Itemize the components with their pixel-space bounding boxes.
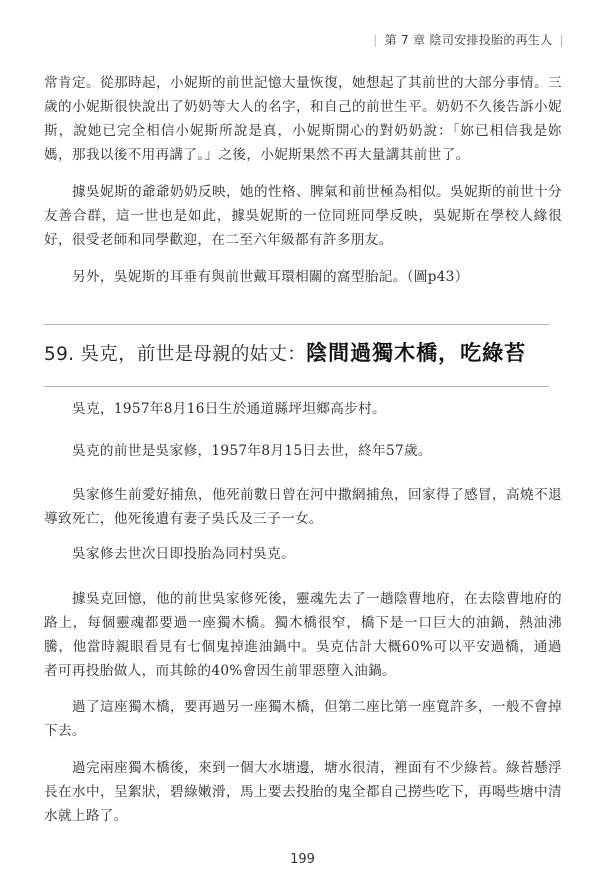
section-divider-bottom [44,386,549,387]
section-heading: 59. 吳克，前世是母親的姑丈：陰間過獨木橋，吃綠苔 [44,337,526,367]
paragraph: 吳克，1957年8月16日生於通道縣坪坦鄉高步村。 [44,397,562,421]
paragraph: 吳家修去世次日即投胎為同村吳克。 [44,542,562,566]
header-divider-left: | [373,33,377,47]
paragraph: 過了這座獨木橋，要再過另一座獨木橋，但第二座比第一座寬許多，一般不會掉下去。 [44,695,562,743]
paragraph: 據吳妮斯的爺爺奶奶反映，她的性格、脾氣和前世極為相似。吳妮斯的前世十分友善合群，… [44,180,562,252]
section-number-title: 59. 吳克，前世是母親的姑丈： [44,344,306,365]
paragraph: 過完兩座獨木橋後，來到一個大水塘邊，塘水很清，裡面有不少綠苔。綠苔懸浮長在水中，… [44,756,562,828]
paragraph: 另外，吳妮斯的耳垂有與前世戴耳環相關的窩型胎記。（圖p43） [44,265,562,289]
paragraph: 吳家修生前愛好捕魚，他死前數日曾在河中撒網捕魚，回家得了感冒，高燒不退導致死亡，… [44,483,562,531]
paragraph-continued: 常肯定。從那時起，小妮斯的前世記憶大量恢復，她想起了其前世的大部分事情。三歲的小… [44,71,562,167]
paragraph: 吳克的前世是吳家修，1957年8月15日去世，終年57歲。 [44,439,562,463]
header-divider-right: | [560,33,564,47]
section-divider-top [44,324,549,325]
running-header: | 第 7 章 陰司安排投胎的再生人 | [370,31,567,48]
section-bold-title: 陰間過獨木橋，吃綠苔 [306,341,526,365]
chapter-title: 第 7 章 陰司安排投胎的再生人 [385,33,553,47]
page-number: 199 [0,852,605,867]
paragraph: 據吳克回憶，他的前世吳家修死後，靈魂先去了一趟陰曹地府，在去陰曹地府的路上，每個… [44,587,562,683]
